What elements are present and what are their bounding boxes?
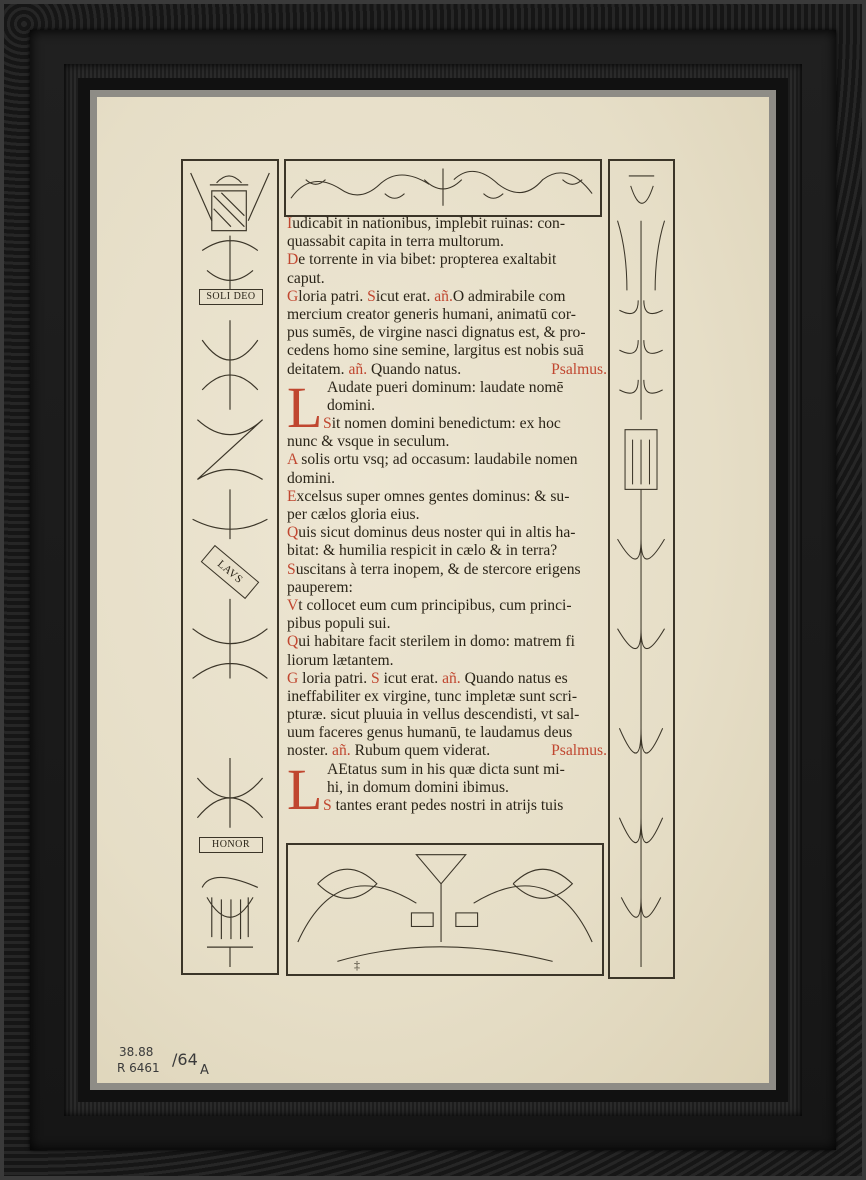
text-line: uum faceres genus humanū, te laudamus de… bbox=[287, 724, 607, 742]
top-ornamental-border bbox=[284, 159, 602, 217]
text-line: per cælos gloria eius. bbox=[287, 506, 607, 524]
text-line: liorum lætantem. bbox=[287, 652, 607, 670]
text-line: Excelsus super omnes gentes dominus: & s… bbox=[287, 488, 607, 506]
honor-label: HONOR bbox=[199, 837, 263, 853]
antiphon-rubric: añ. bbox=[434, 288, 453, 305]
text-line: Suscitans à terra inopem, & de stercore … bbox=[287, 561, 607, 579]
text-line: mercium creator generis humani, animatū … bbox=[287, 306, 607, 324]
drop-cap-L: L bbox=[287, 383, 322, 433]
text-line: caput. bbox=[287, 270, 607, 288]
psalm-opening-laetatus: L AEtatus sum in his quæ dicta sunt mi- … bbox=[287, 761, 607, 816]
right-ornamental-border bbox=[608, 159, 675, 979]
text-line: hi, in domum domini ibimus. bbox=[287, 779, 607, 797]
text-line: AEtatus sum in his quæ dicta sunt mi- bbox=[287, 761, 607, 779]
folio-suffix: A bbox=[200, 1063, 209, 1078]
text-line: G loria patri. S icut erat. añ. Quando n… bbox=[287, 670, 607, 688]
soli-deo-label: SOLI DEO bbox=[199, 289, 263, 305]
text-line: cedens homo sine semine, largitus est no… bbox=[287, 342, 607, 360]
text-line: pauperem: bbox=[287, 579, 607, 597]
text-line: domini. bbox=[287, 397, 607, 415]
text-line: nunc & vsque in seculum. bbox=[287, 433, 607, 451]
psalmus-rubric: Psalmus. bbox=[551, 361, 607, 379]
top-border-ornament-icon bbox=[286, 161, 600, 215]
bottom-ornamental-border: ‡ bbox=[286, 843, 604, 976]
psalm-text-block: Iudicabit in nationibus, implebit ruinas… bbox=[287, 215, 607, 815]
text-line: pus sumēs, de virgine nasci dignatus est… bbox=[287, 324, 607, 342]
accession-number: R 6461 bbox=[117, 1061, 160, 1076]
text-line: Quis sicut dominus deus noster qui in al… bbox=[287, 524, 607, 542]
text-line: pibus populi sui. bbox=[287, 615, 607, 633]
psalmus-rubric: Psalmus. bbox=[551, 742, 607, 760]
text-line: bitat: & humilia respicit in cælo & in t… bbox=[287, 542, 607, 560]
antiphon-rubric: añ. bbox=[332, 742, 351, 759]
left-ornamental-border: SOLI DEO LAVS HONOR bbox=[181, 159, 279, 975]
text-line: ineffabiliter ex virgine, tunc impletæ s… bbox=[287, 688, 607, 706]
drop-cap-L: L bbox=[287, 765, 322, 815]
text-line: Qui habitare facit sterilem in domo: mat… bbox=[287, 633, 607, 651]
text-line: A solis ortu vsq; ad occasum: laudabile … bbox=[287, 451, 607, 469]
text-line: Gloria patri. Sicut erat. añ.O admirabil… bbox=[287, 288, 607, 306]
printer-cross-mark: ‡ bbox=[354, 958, 360, 973]
text-line: Audate pueri dominum: laudate nomē bbox=[287, 379, 607, 397]
text-line: Vt collocet eum cum principibus, cum pri… bbox=[287, 597, 607, 615]
antiphon-rubric: añ. bbox=[442, 670, 461, 687]
psalm-opening-laudate: L Audate pueri dominum: laudate nomē dom… bbox=[287, 379, 607, 434]
text-line: De torrente in via bibet: propterea exal… bbox=[287, 251, 607, 269]
text-line: S tantes erant pedes nostri in atrijs tu… bbox=[287, 797, 607, 815]
text-line: quassabit capita in terra multorum. bbox=[287, 233, 607, 251]
right-border-ornament-icon bbox=[610, 161, 673, 977]
text-line: pturæ. sicut pluuia in vellus descendist… bbox=[287, 706, 607, 724]
antiphon-rubric: añ. bbox=[348, 361, 367, 378]
folio-reference: /64 bbox=[172, 1052, 198, 1067]
text-line: Iudicabit in nationibus, implebit ruinas… bbox=[287, 215, 607, 233]
text-line: Sit nomen domini benedictum: ex hoc bbox=[287, 415, 607, 433]
inventory-number: 38.88 bbox=[119, 1045, 153, 1060]
text-line: deitatem. añ. Quando natus.Psalmus. bbox=[287, 361, 607, 379]
text-line: domini. bbox=[287, 470, 607, 488]
bottom-border-ornament-icon bbox=[288, 845, 602, 974]
text-line: noster. añ. Rubum quem viderat.Psalmus. bbox=[287, 742, 607, 760]
